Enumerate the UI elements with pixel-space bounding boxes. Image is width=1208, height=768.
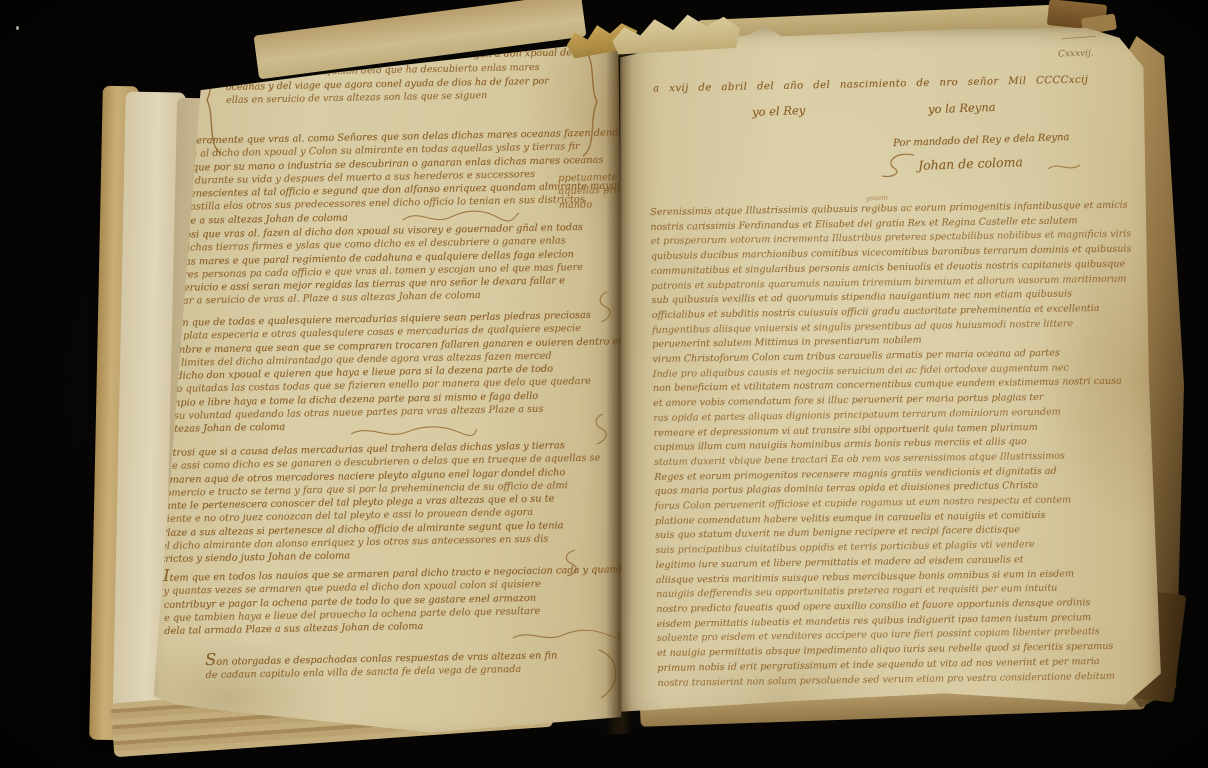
closing-note: Son otorgadas e despachadas conlas respu… — [205, 646, 558, 682]
king-signature: yo el Rey — [752, 103, 806, 119]
clause-fourth: Otrosi que si a causa delas mercadurias … — [159, 436, 602, 567]
latin-letter: Serenissimis atque Illustrissimis quibus… — [650, 198, 1138, 691]
dust-speck — [16, 26, 19, 30]
clause-second: Otrosi que vras al. fazen al dicho don x… — [163, 218, 584, 309]
faint-mark: yssem — [866, 194, 888, 203]
folio-scratch-mark — [1062, 36, 1096, 46]
secretary-signature: Johan de coloma — [918, 154, 1023, 173]
queen-signature: yo la Reyna — [928, 100, 996, 116]
right-page: Cxxxvij. a xvij de abril del año del nas… — [618, 25, 1163, 730]
binding-gutter — [606, 34, 632, 734]
left-page: Las cosas suplicadas e que vras altezas … — [143, 20, 623, 750]
folio-number: Cxxxvij. — [1058, 48, 1094, 59]
clause-third: Item que de todas e qualesquiere mercadu… — [163, 305, 626, 436]
manuscript-photograph: Las cosas suplicadas e que vras altezas … — [0, 0, 1208, 768]
flourish-icon — [1046, 159, 1082, 175]
date-line: a xvij de abril del año del nascimiento … — [653, 74, 1088, 94]
signature-swash-icon — [880, 151, 920, 181]
order-line: Por mandado del Rey e dela Reyna — [893, 132, 1070, 149]
clause-fifth: Item que en todos los nauios que se arma… — [163, 560, 629, 638]
